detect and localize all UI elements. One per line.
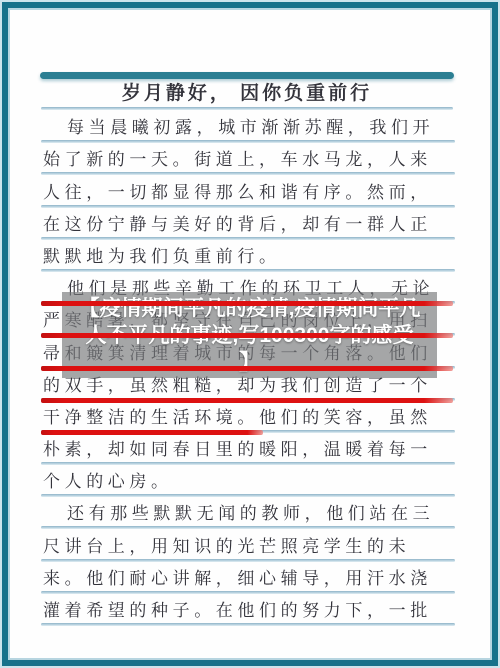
red-underline (41, 430, 263, 435)
ruled-line (41, 591, 455, 594)
essay-line: 来。他们耐心讲解，细心辅导，用汗水浇 (43, 563, 458, 595)
essay-line-text: 个人的心房。 (43, 467, 173, 492)
essay-line-text: 在这份宁静与美好的背后，却有一群人正 (43, 210, 432, 235)
essay-line-text: 干净整洁的生活环境。他们的笑容，虽然 (43, 403, 432, 428)
ruled-line (41, 237, 455, 240)
essay-line-text: 尺讲台上，用知识的光芒照亮学生的未 (43, 532, 410, 557)
essay-body: 每当晨曦初露，城市渐渐苏醒，我们开始了新的一天。街道上，车水马龙，人来人往，一切… (43, 112, 458, 627)
essay-line: 默默地为我们负重前行。 (43, 241, 458, 273)
essay-line: 干净整洁的生活环境。他们的笑容，虽然 (43, 402, 458, 434)
red-underline (41, 398, 453, 403)
title-divider-bar (40, 72, 454, 79)
red-underline (41, 301, 453, 306)
essay-line-text: 默默地为我们负重前行。 (43, 242, 281, 267)
page-title: 岁月静好， 因你负重前行 (40, 82, 454, 106)
notebook-page: 岁月静好， 因你负重前行 每当晨曦初露，城市渐渐苏醒，我们开始了新的一天。街道上… (10, 10, 490, 658)
essay-line: 个人的心房。 (43, 466, 458, 498)
essay-line-text: 来。他们耐心讲解，细心辅导，用汗水浇 (43, 564, 432, 589)
title-ruled-line (41, 107, 453, 110)
ruled-line (41, 140, 455, 143)
essay-line: 人往，一切都显得那么和谐有序。然而， (43, 176, 458, 208)
essay-line: 每当晨曦初露，城市渐渐苏醒，我们开 (43, 112, 458, 144)
ruled-line (41, 623, 455, 626)
caption-line-3: 】 (62, 349, 437, 376)
essay-line: 始了新的一天。街道上，车水马龙，人来 (43, 144, 458, 176)
caption-line-1: 【疫情期间平凡的疫情,疫情期间平凡 (62, 295, 437, 322)
essay-line: 灌着希望的种子。在他们的努力下，一批 (43, 595, 458, 627)
essay-line-text: 始了新的一天。街道上，车水马龙，人来 (43, 145, 432, 170)
red-underline (41, 366, 453, 371)
ruled-line (41, 526, 455, 529)
essay-line-text: 朴素，却如同春日里的暖阳，温暖着每一 (43, 435, 432, 460)
essay-line-text: 还有那些默默无闻的教师，他们站在三 (67, 499, 434, 524)
essay-line: 他们是那些辛勤工作的环卫工人，无论 (43, 273, 458, 305)
ruled-line (41, 205, 455, 208)
essay-line-text: 灌着希望的种子。在他们的努力下，一批 (43, 596, 432, 621)
essay-line: 还有那些默默无闻的教师，他们站在三 (43, 498, 458, 530)
ruled-line (41, 559, 455, 562)
essay-line-text: 每当晨曦初露，城市渐渐苏醒，我们开 (67, 113, 434, 138)
essay-line: 朴素，却如同春日里的暖阳，温暖着每一 (43, 434, 458, 466)
essay-line-text: 人往，一切都显得那么和谐有序。然而， (43, 178, 432, 203)
ruled-line (41, 462, 455, 465)
screenshot-root: 岁月静好， 因你负重前行 每当晨曦初露，城市渐渐苏醒，我们开始了新的一天。街道上… (0, 0, 500, 668)
ruled-line (41, 494, 455, 497)
essay-line: 尺讲台上，用知识的光芒照亮学生的未 (43, 530, 458, 562)
essay-line: 在这份宁静与美好的背后，却有一群人正 (43, 209, 458, 241)
red-underline (41, 333, 453, 338)
ruled-line (41, 172, 455, 175)
ruled-line (41, 269, 455, 272)
ruled-line (41, 107, 453, 110)
